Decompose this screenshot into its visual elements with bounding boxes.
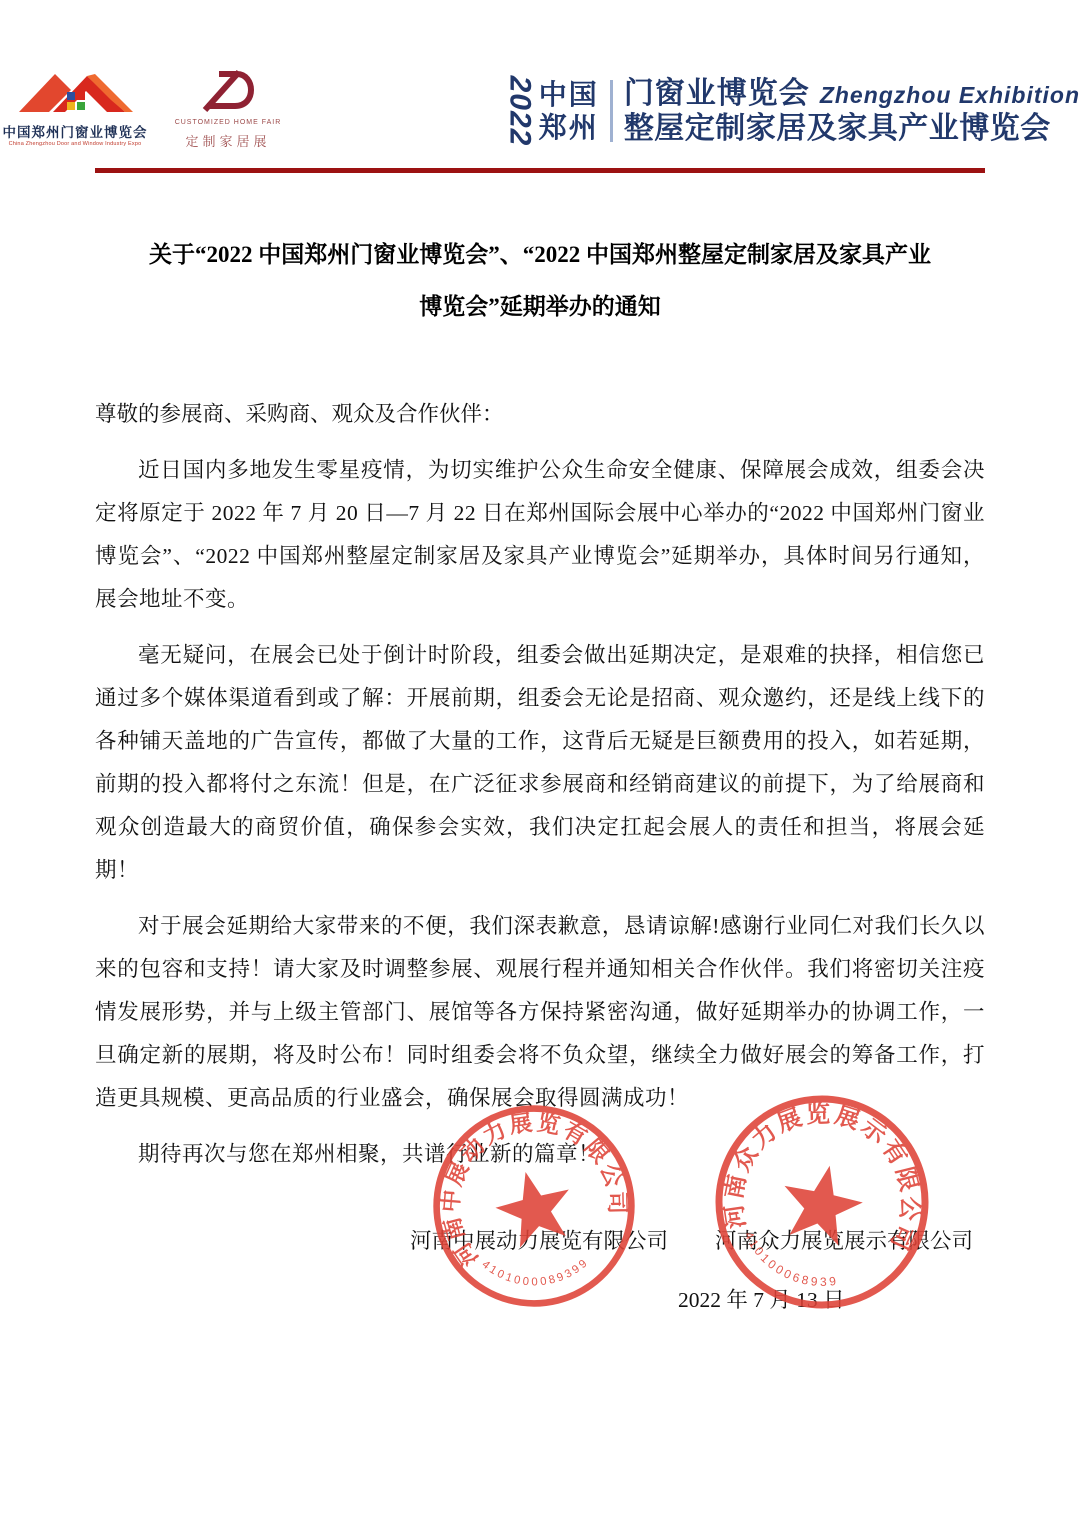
notice-title-line2: 博览会”延期举办的通知 — [95, 281, 985, 333]
banner-expo1-zh: 门窗业博览会 — [624, 77, 810, 110]
banner-expo1-en: Zhengzhou Exhibition — [820, 79, 1080, 112]
banner-city-1: 中国 — [539, 78, 599, 111]
logo2-en-text: CUSTOMIZED HOME FAIR — [168, 119, 288, 126]
banner-expo2-zh: 整屋定制家居及家具产业博览会 — [624, 112, 1080, 146]
notice-title-line1: 关于“2022 中国郑州门窗业博览会”、“2022 中国郑州整屋定制家居及家具产… — [95, 229, 985, 281]
salutation: 尊敬的参展商、采购商、观众及合作伙伴： — [95, 393, 985, 436]
paragraph-3: 对于展会延期给大家带来的不便，我们深表歉意，恳请谅解!感谢行业同仁对我们长久以来… — [95, 905, 985, 1120]
banner-expo-names: 门窗业博览会 Zhengzhou Exhibition 整屋定制家居及家具产业博… — [624, 77, 1080, 146]
banner-city-2: 郑州 — [539, 111, 599, 144]
customized-home-fair-logo: CUSTOMIZED HOME FAIR 定制家居展 — [168, 66, 288, 150]
page-header: 中国郑州门窗业博览会 China Zhengzhou Door and Wind… — [0, 66, 1080, 154]
notice-title: 关于“2022 中国郑州门窗业博览会”、“2022 中国郑州整屋定制家居及家具产… — [95, 229, 985, 333]
header-rule — [95, 168, 985, 173]
seal-2-star-icon — [775, 1157, 869, 1248]
stylized-d-icon — [193, 101, 263, 118]
banner-year-text: 2022 — [503, 76, 537, 147]
paragraph-1: 近日国内多地发生零星疫情，为切实维护公众生命安全健康、保障展会成效，组委会决定将… — [95, 449, 985, 621]
banner-cities: 中国 郑州 — [539, 78, 599, 144]
logo1-name: 中国郑州门窗业博览会 — [0, 121, 150, 141]
seal-1-star-icon — [489, 1163, 580, 1251]
house-roof-icon — [15, 103, 135, 120]
banner-year: 2022 — [503, 68, 537, 154]
banner-divider — [610, 80, 613, 142]
logo1-subtext: China Zhengzhou Door and Window Industry… — [0, 141, 150, 147]
door-window-expo-logo: 中国郑州门窗业博览会 China Zhengzhou Door and Wind… — [0, 66, 150, 147]
expo-banner: 2022 中国 郑州 门窗业博览会 Zhengzhou Exhibition 整… — [503, 68, 1080, 154]
logo2-zh-text: 定制家居展 — [168, 131, 288, 150]
paragraph-2: 毫无疑问，在展会已处于倒计时阶段，组委会做出延期决定，是艰难的抉择，相信您已通过… — [95, 634, 985, 892]
notice-page: 中国郑州门窗业博览会 China Zhengzhou Door and Wind… — [0, 0, 1080, 1528]
